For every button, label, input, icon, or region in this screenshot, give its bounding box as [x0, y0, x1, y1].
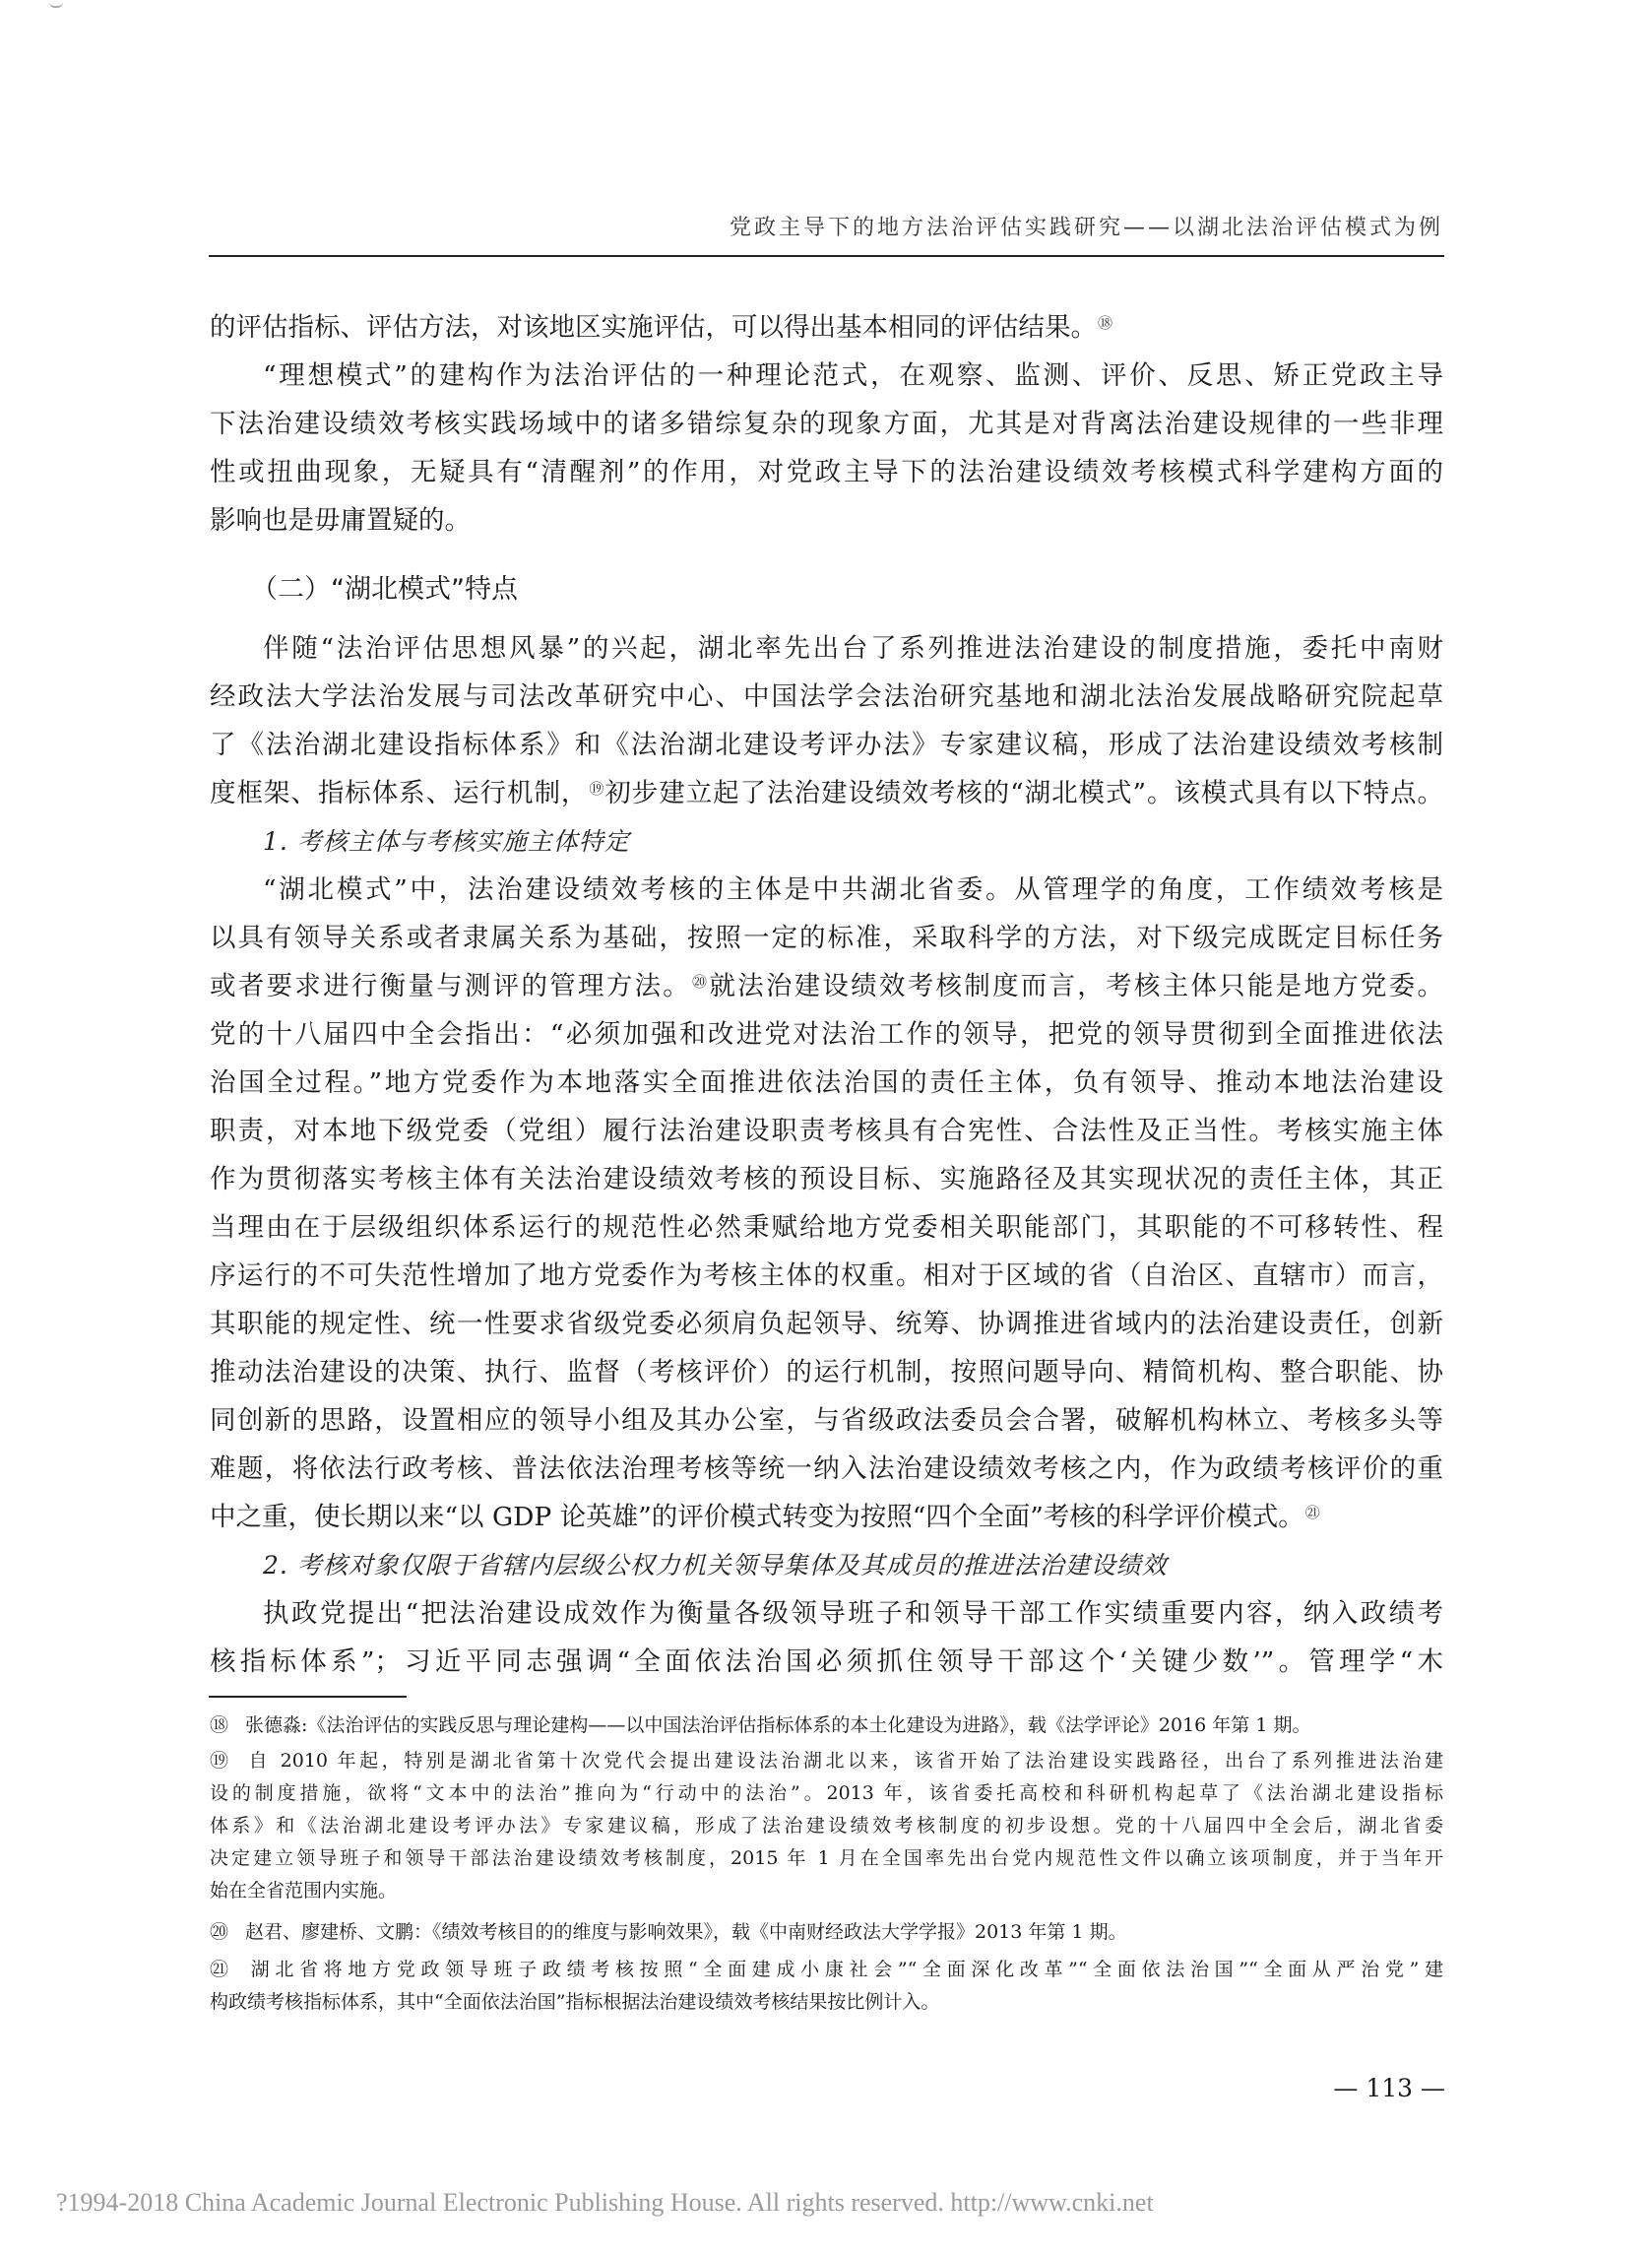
body-line: 难题，将依法行政考核、普法依法治理考核等统一纳入法治建设绩效考核之内，作为政绩考…: [210, 1445, 1443, 1493]
footnote-ref-21[interactable]: ㉑: [1305, 1504, 1320, 1521]
footnote-ref-19[interactable]: ⑲: [589, 780, 604, 798]
body-line: 同创新的思路，设置相应的领导小组及其办公室，与省级政法委员会合署，破解机构林立、…: [210, 1396, 1443, 1445]
body-line: 度框架、指标体系、运行机制，⑲初步建立起了法治建设绩效考核的“湖北模式”。该模式…: [210, 769, 1443, 817]
footnote-mark: ⑱: [210, 1709, 245, 1742]
body-line: 执政党提出“把法治建设成效作为衡量各级领导班子和领导干部工作实绩重要内容，纳入政…: [210, 1589, 1443, 1638]
body-line: 作为贯彻落实考核主体有关法治建设绩效考核的预设目标、实施路径及其实现状况的责任主…: [210, 1155, 1443, 1203]
footnote-mark: ⑲: [210, 1745, 245, 1777]
body-line: 序运行的不可失范性增加了地方党委作为考核主体的权重。相对于区域的省（自治区、直辖…: [210, 1252, 1443, 1300]
footnote-19-line: 决定建立领导班子和领导干部法治建设绩效考核制度，2015 年 1 月在全国率先出…: [210, 1842, 1443, 1875]
subsection-heading-2: 2. 考核对象仅限于省辖内层级公权力机关领导集体及其成员的推进法治建设绩效: [263, 1541, 1168, 1589]
footnote-ref-20[interactable]: ⑳: [692, 973, 709, 991]
footnote-18: ⑱张德淼:《法治评估的实践反思与理论建构——以中国法治评估指标体系的本土化建设为…: [210, 1709, 1443, 1742]
running-header-title: 党政主导下的地方法治评估实践研究——以湖北法治评估模式为例: [730, 211, 1443, 241]
section-heading: （二）“湖北模式”特点: [251, 565, 518, 613]
copyright-watermark: ?1994-2018 China Academic Journal Electr…: [56, 2188, 1154, 2218]
body-line: 当理由在于层级组织体系运行的规范性必然秉赋给地方党委相关职能部门，其职能的不可移…: [210, 1203, 1443, 1252]
body-line: 职责，对本地下级党委（党组）履行法治建设职责考核具有合宪性、合法性及正当性。考核…: [210, 1107, 1443, 1155]
footnote-19-line: 始在全省范围内实施。: [210, 1875, 1443, 1907]
body-line: 以具有领导关系或者隶属关系为基础，按照一定的标准，采取科学的方法，对下级完成既定…: [210, 914, 1443, 962]
footnote-19-line: 设的制度措施，欲将“文本中的法治”推向为“行动中的法治”。2013 年，该省委托…: [210, 1777, 1443, 1810]
body-line: “理想模式”的建构作为法治评估的一种理论范式，在观察、监测、评价、反思、矫正党政…: [210, 352, 1443, 400]
body-line: 党的十八届四中全会指出：“必须加强和改进党对法治工作的领导，把党的领导贯彻到全面…: [210, 1010, 1443, 1059]
footnote-ref-18[interactable]: ⑱: [1098, 314, 1112, 332]
body-line: 或者要求进行衡量与测评的管理方法。⑳就法治建设绩效考核制度而言，考核主体只能是地…: [210, 962, 1443, 1010]
body-line: 影响也是毋庸置疑的。: [210, 496, 1443, 545]
subsection-heading-1: 1. 考核主体与考核实施主体特定: [263, 817, 630, 866]
body-line: 下法治建设绩效考核实践场域中的诸多错综复杂的现象方面，尤其是对背离法治建设规律的…: [210, 400, 1443, 448]
body-line: 其职能的规定性、统一性要求省级党委必须肩负起领导、统筹、协调推进省域内的法治建设…: [210, 1300, 1443, 1348]
footnote-separator: [209, 1696, 407, 1698]
body-line: 推动法治建设的决策、执行、监督（考核评价）的运行机制，按照问题导向、精简机构、整…: [210, 1348, 1443, 1396]
footnote-19-line: 体系》和《法治湖北建设考评办法》专家建议稿，形成了法治建设绩效考核制度的初步设想…: [210, 1810, 1443, 1842]
footnote-20: ⑳赵君、廖建桥、文鹏：《绩效考核目的的维度与影响效果》，载《中南财经政法大学学报…: [210, 1916, 1443, 1949]
footnote-21: ㉑湖北省将地方党政领导班子政绩考核按照“全面建成小康社会”“全面深化改革”“全面…: [210, 1954, 1443, 1986]
body-line: 中之重，使长期以来“以 GDP 论英雄”的评价模式转变为按照“四个全面”考核的科…: [210, 1493, 1443, 1541]
body-line: 性或扭曲现象，无疑具有“清醒剂”的作用，对党政主导下的法治建设绩效考核模式科学建…: [210, 448, 1443, 496]
footnote-21-line: 构政绩考核指标体系，其中“全面依法治国”指标根据法治建设绩效考核结果按比例计入。: [210, 1986, 1443, 2019]
body-line: 经政法大学法治发展与司法改革研究中心、中国法学会法治研究基地和湖北法治发展战略研…: [210, 673, 1443, 721]
footnote-mark: ⑳: [210, 1916, 245, 1949]
footnote-mark: ㉑: [210, 1954, 245, 1986]
body-line: 治国全过程。”地方党委作为本地落实全面推进依法治国的责任主体，负有领导、推动本地…: [210, 1059, 1443, 1107]
body-line: “湖北模式”中，法治建设绩效考核的主体是中共湖北省委。从管理学的角度，工作绩效考…: [210, 866, 1443, 914]
header-rule: [209, 255, 1444, 257]
body-line: 的评估指标、评估方法，对该地区实施评估，可以得出基本相同的评估结果。⑱: [210, 303, 1443, 352]
body-line: 伴随“法治评估思想风暴”的兴起，湖北率先出台了系列推进法治建设的制度措施，委托中…: [210, 624, 1443, 673]
body-line: 核指标体系”；习近平同志强调“全面依法治国必须抓住领导干部这个‘关键少数’”。管…: [210, 1638, 1443, 1686]
body-line: 了《法治湖北建设指标体系》和《法治湖北建设考评办法》专家建议稿，形成了法治建设绩…: [210, 721, 1443, 769]
footnote-19: ⑲自 2010 年起，特别是湖北省第十次党代会提出建设法治湖北以来，该省开始了法…: [210, 1745, 1443, 1777]
scan-corner-mark: [49, 0, 63, 8]
page-number: — 113 —: [1333, 2074, 1445, 2102]
